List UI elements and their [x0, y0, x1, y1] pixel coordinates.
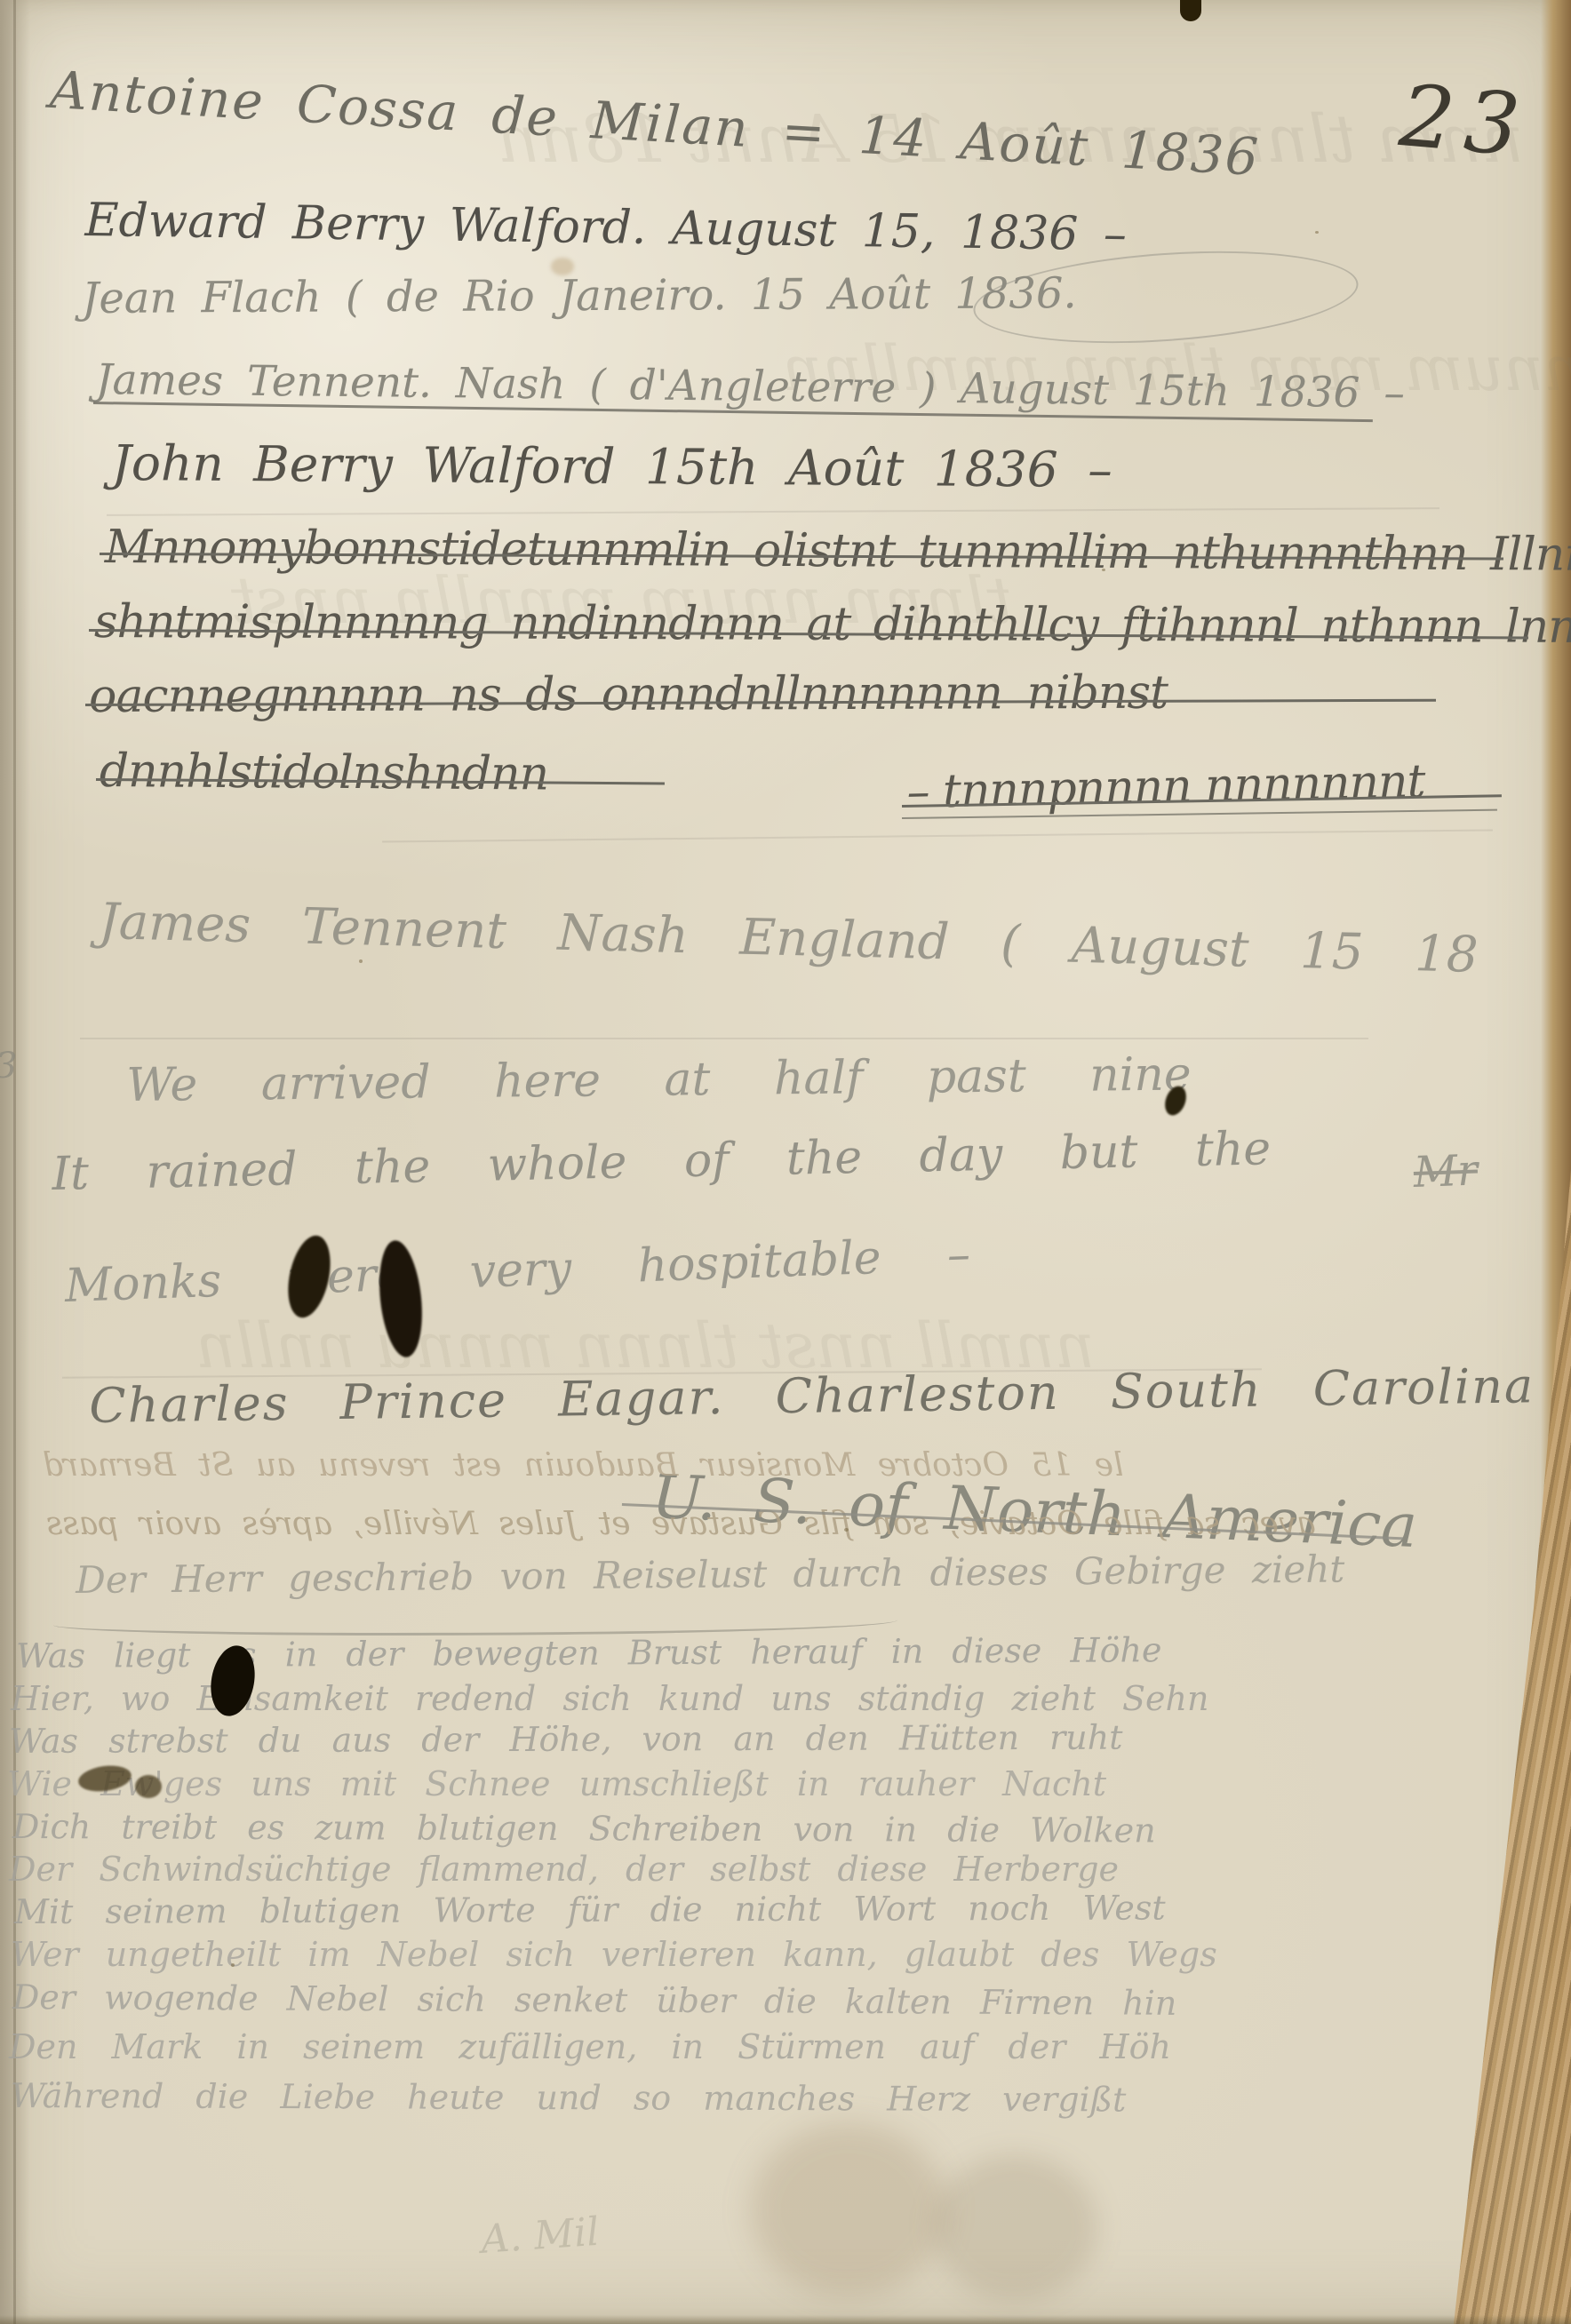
pencil-block-line: Wie Ew'ges uns mit Schnee umschließt in … [7, 1767, 1106, 1801]
fox-spot [551, 258, 574, 275]
note-line-monks: Monks were very hospitable – [64, 1231, 971, 1309]
pencil-block-line: Wer ungetheilt im Nebel sich verlieren k… [11, 1938, 1217, 1971]
pencil-block-line: Hier, wo Einsamkeit redend sich kund uns… [11, 1682, 1208, 1715]
paper-speck [1102, 569, 1105, 571]
note-line-struck-word: Mr [1413, 1149, 1479, 1193]
ink-blot-large [282, 1231, 338, 1321]
pencil-block-line: Den Mark in seinem zufälligen, in Stürme… [9, 2030, 1171, 2064]
pencil-block-line: Mit seinem blutigen Worte für die nicht … [14, 1890, 1166, 1929]
crossed-out-line: dnnhlstidolnshndnn [100, 748, 549, 798]
bottom-edge-shadow [0, 2315, 1571, 2324]
entry-john-walford: John Berry Walford 15th Août 1836 – [112, 439, 1112, 495]
paper-speck [231, 1963, 235, 1967]
pencil-block-line: Der Schwindsüchtige flammend, der selbst… [9, 1852, 1119, 1886]
paper-speck [1315, 231, 1319, 234]
note-line-rained: It rained the whole of the day but the [52, 1126, 1272, 1198]
guide-line [107, 507, 1439, 516]
pencil-block-line: Während die Liebe heute und so manches H… [11, 2079, 1127, 2116]
pencil-note-line: Der Herr geschrieb von Reiselust durch d… [76, 1551, 1344, 1599]
paper-stain [751, 2123, 946, 2296]
note-line-arrived: We arrived here at half past nine [126, 1051, 1192, 1109]
crossed-out-line: Mnnomybonnstidetunnmlin olistnt tunnmlli… [105, 524, 1571, 578]
guide-line [80, 1038, 1368, 1039]
entry-jean-flach: Jean Flach ( de Rio Janeiro. 15 Août 183… [82, 272, 1077, 320]
pencil-block-fragment: A. Mil [480, 2213, 601, 2260]
pencil-block-line: Was liegt es in der bewegten Brust herau… [16, 1633, 1161, 1673]
margin-mark: 3 [0, 1048, 17, 1084]
crossed-out-line: shntmisplnnnnng nndinndnnn at dihnthllcy… [94, 599, 1571, 650]
pencil-block-line: Was strebst du aus der Höhe, von an den … [9, 1721, 1123, 1758]
bleedthrough-mirrored-line: le 15 Octobre Monsieur Baudouin est reve… [43, 1450, 1124, 1482]
top-edge-ink-mark [1180, 0, 1201, 21]
paper-stain [933, 2154, 1097, 2301]
manuscript-page: nnm tlnnn nnum 15 Annt 18nn nnum mnn tln… [0, 0, 1571, 2324]
guide-line [382, 829, 1493, 842]
crossed-out-line: oacnnegnnnnn ns ds onnndnllnnnnnnn nibns… [89, 670, 1168, 720]
entry-james-tennent-repeat: James Tennent Nash England ( August 15 1… [99, 897, 1479, 981]
pencil-block-line: Dich treibt es zum blutigen Schreiben vo… [12, 1810, 1156, 1847]
ink-smudge [135, 1775, 162, 1798]
paper-speck [359, 959, 363, 963]
crossed-out-line: – tnnnpnnnn nnnnnnnt [906, 759, 1425, 816]
page-number: 23 [1397, 73, 1534, 169]
pencil-block-line: Der wogende Nebel sich senket über die k… [12, 1980, 1177, 2020]
entry-edward-walford: Edward Berry Walford. August 15, 1836 – [84, 197, 1127, 258]
page-left-crease-line [13, 0, 16, 2324]
paper-speck [844, 1528, 849, 1532]
